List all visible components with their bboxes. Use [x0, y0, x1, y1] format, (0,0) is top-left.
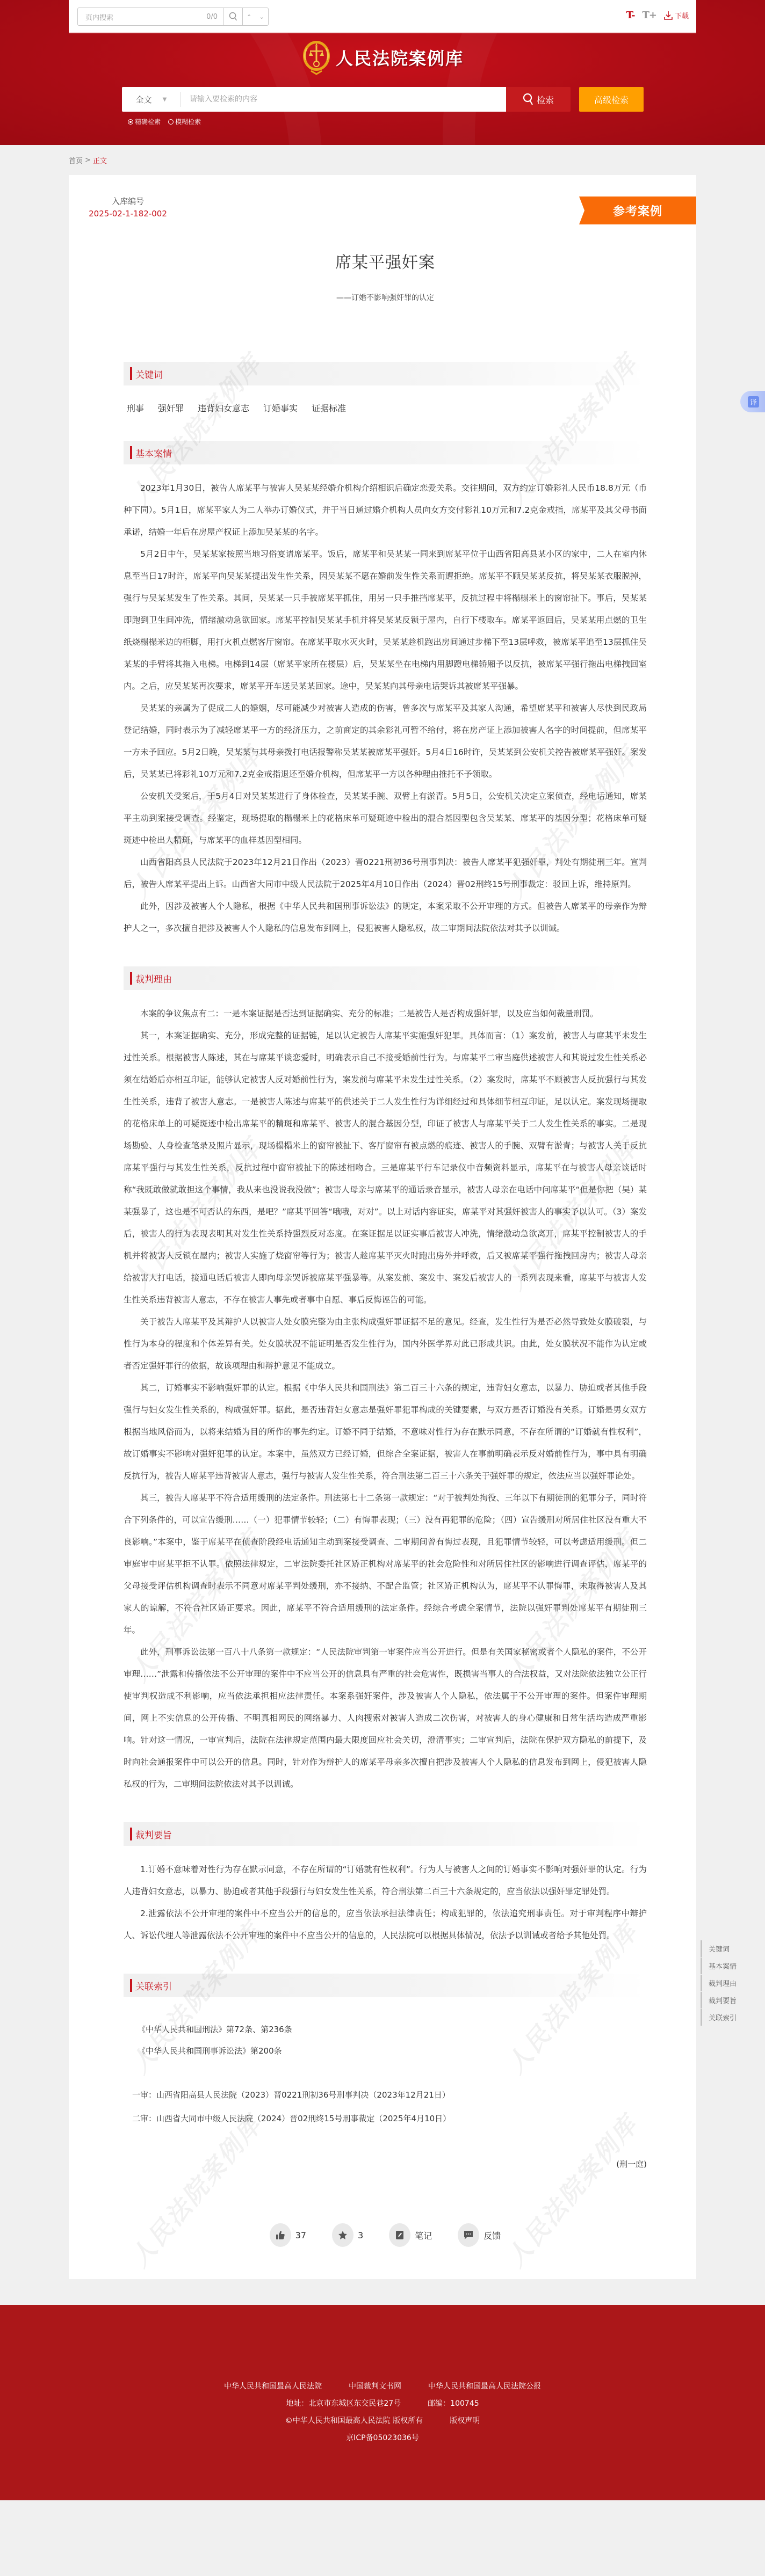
site-footer: 中华人民共和国最高人民法院 中国裁判文书网 中华人民共和国最高人民法院公报 地址… — [0, 2305, 765, 2500]
comment-icon — [464, 2230, 473, 2240]
sidenav-facts[interactable]: 基本案情 — [701, 1958, 765, 1974]
keyword-tag: 违背妇女意志 — [198, 402, 249, 414]
footer-link-gazette[interactable]: 中华人民共和国最高人民法院公报 — [428, 2378, 541, 2395]
like-count: 37 — [295, 2230, 306, 2240]
case-number-label: 入库编号 — [69, 195, 187, 207]
department: (刑一庭) — [124, 2158, 647, 2170]
footer-address: 地址：北京市东城区东交民巷27号 — [286, 2395, 401, 2412]
paragraph: 其三，被告人席某平不符合适用缓刑的法定条件。刑法第七十二条第一款规定：“对于被判… — [124, 1487, 647, 1641]
footer-copyright: ©中华人民共和国最高人民法院 版权所有 — [285, 2412, 423, 2429]
watermark: 人民法院案例库 — [497, 2107, 645, 2274]
keyword-tag: 订婚事实 — [263, 402, 298, 414]
case-title: 席某平强奸案 — [124, 249, 647, 273]
action-bar: 37 3 笔记 反馈 — [124, 2223, 647, 2247]
advanced-search-button[interactable]: 高级检索 — [579, 87, 644, 112]
in-page-search-input[interactable]: 页内搜索 — [78, 12, 198, 22]
translate-button[interactable]: 译 — [740, 391, 765, 412]
chevron-up-icon[interactable]: ⌃ — [247, 13, 251, 20]
search-button[interactable]: 检索 — [506, 87, 571, 112]
note-edit-icon — [395, 2230, 404, 2240]
thumbs-up-icon — [276, 2230, 285, 2240]
download-button[interactable]: 下载 — [664, 10, 689, 20]
font-decrease-button[interactable]: T- — [626, 10, 635, 21]
section-heading-keywords: 关键词 — [124, 362, 647, 385]
search-field: 全文 ▼ — [122, 87, 506, 112]
footer-contact: 地址：北京市东城区东交民巷27号 邮编：100745 — [286, 2395, 479, 2412]
in-page-search-button[interactable] — [223, 8, 242, 25]
search-scope-value: 全文 — [136, 94, 152, 105]
download-icon — [664, 11, 673, 20]
search-button-label: 检索 — [537, 93, 554, 106]
trial-reference: 一审：山西省阳高县人民法院（2023）晋0221刑初36号刑事判决（2023年1… — [132, 2083, 647, 2107]
breadcrumb-separator: > — [85, 156, 91, 164]
breadcrumb-home[interactable]: 首页 — [69, 155, 83, 165]
footer-copyright-row: ©中华人民共和国最高人民法院 版权所有 版权声明 — [285, 2412, 480, 2429]
footer-icp-row: 京ICP备05023036号 — [346, 2429, 419, 2447]
gist-body: 1.订婚不意味着对性行为存在默示同意，不存在所谓的“订婚就有性权利”。行为人与被… — [124, 1846, 647, 1947]
reader-toolbar: 页内搜索 0/0 ⌃ ⌄ T- T+ 下载 — [69, 0, 696, 33]
search-scope-select[interactable]: 全文 ▼ — [122, 92, 181, 107]
font-increase-button[interactable]: T+ — [643, 10, 656, 21]
note-label: 笔记 — [415, 2229, 432, 2242]
court-emblem-icon — [301, 39, 331, 76]
site-header: 页内搜索 0/0 ⌃ ⌄ T- T+ 下载 — [0, 0, 765, 145]
search-mode-group: 精确检索 模糊检索 — [128, 117, 201, 126]
watermark: 人民法院案例库 — [121, 2107, 269, 2274]
paragraph: 其二，订婚事实不影响强奸罪的认定。根据《中华人民共和国刑法》第二百三十六条的规定… — [124, 1377, 647, 1487]
sidenav-gist[interactable]: 裁判要旨 — [701, 1992, 765, 2009]
footer-link-supreme-court[interactable]: 中华人民共和国最高人民法院 — [224, 2378, 322, 2395]
paragraph: 吴某某的亲属为了促成二人的婚姻，尽可能减少对被害人造成的伤害，曾多次与席某平及其… — [124, 697, 647, 785]
search-icon — [523, 93, 533, 106]
case-subtitle: ——订婚不影响强奸罪的认定 — [124, 292, 647, 303]
download-label: 下载 — [675, 10, 689, 20]
match-count: 0/0 — [198, 13, 223, 21]
law-references: 《中华人民共和国刑法》第72条、第236条 《中华人民共和国刑事诉讼法》第200… — [124, 1997, 647, 2062]
feedback-label: 反馈 — [483, 2229, 501, 2242]
section-heading-reasoning: 裁判理由 — [124, 966, 647, 990]
law-reference: 《中华人民共和国刑法》第72条、第236条 — [138, 2019, 647, 2040]
brand: 人民法院案例库 — [0, 39, 765, 76]
search-input[interactable] — [181, 87, 506, 112]
trial-reference: 二审：山西省大同市中级人民法院（2024）晋02刑终15号刑事裁定（2025年4… — [132, 2107, 647, 2130]
trial-references: 一审：山西省阳高县人民法院（2023）晋0221刑初36号刑事判决（2023年1… — [124, 2062, 647, 2130]
breadcrumb-current: 正文 — [93, 155, 107, 165]
search-icon — [229, 12, 237, 21]
paragraph: 2.泄露依法不公开审理的案件中不应当公开的信息的，应当依法承担法律责任；构成犯罪… — [124, 1903, 647, 1947]
category-badge: 参考案例 — [579, 197, 696, 224]
paragraph: 本案的争议焦点有二：一是本案证据是否达到证据确实、充分的标准；二是被告人是否构成… — [124, 1003, 647, 1025]
footer-copyright-notice[interactable]: 版权声明 — [450, 2412, 480, 2429]
mode-exact[interactable]: 精确检索 — [128, 117, 161, 126]
keyword-tag: 证据标准 — [312, 402, 346, 414]
case-number-value: 2025-02-1-182-002 — [69, 209, 187, 219]
keyword-tag: 刑事 — [127, 402, 144, 414]
law-reference: 《中华人民共和国刑事诉讼法》第200条 — [138, 2040, 647, 2062]
note-button[interactable]: 笔记 — [389, 2223, 432, 2247]
mode-fuzzy[interactable]: 模糊检索 — [168, 117, 201, 126]
sidenav-reasoning[interactable]: 裁判理由 — [701, 1975, 765, 1991]
footer-link-judgments[interactable]: 中国裁判文书网 — [349, 2378, 401, 2395]
reasoning-body: 本案的争议焦点有二：一是本案证据是否达到证据确实、充分的标准；二是被告人是否构成… — [124, 990, 647, 1795]
reader-tools: T- T+ 下载 — [626, 10, 689, 21]
title-block: 席某平强奸案 ——订婚不影响强奸罪的认定 — [124, 175, 647, 303]
favorite-count: 3 — [358, 2230, 363, 2240]
star-icon — [338, 2230, 348, 2240]
footer-links: 中华人民共和国最高人民法院 中国裁判文书网 中华人民共和国最高人民法院公报 — [224, 2378, 541, 2395]
match-navigation: ⌃ ⌄ — [242, 8, 268, 25]
radio-selected[interactable] — [128, 119, 133, 125]
mode-exact-label: 精确检索 — [135, 117, 161, 126]
keyword-list: 刑事 强奸罪 违背妇女意志 订婚事实 证据标准 — [124, 385, 647, 414]
sidenav-references[interactable]: 关联索引 — [701, 2009, 765, 2026]
paragraph: 公安机关受案后，于5月4日对吴某某进行了身体检查，吴某某手腕、双臂上有淤青。5月… — [124, 785, 647, 852]
paragraph: 5月2日中午，吴某某家按照当地习俗宴请席某平。饭后，席某平和吴某某一同来到席某平… — [124, 543, 647, 697]
mode-fuzzy-label: 模糊检索 — [175, 117, 201, 126]
breadcrumb: 首页 > 正文 — [69, 145, 696, 175]
sidenav-keywords[interactable]: 关键词 — [701, 1940, 765, 1957]
site-title: 人民法院案例库 — [336, 45, 464, 70]
paragraph: 关于被告人席某平及其辩护人以被害人处女膜完整为由主张构成强奸罪证据不足的意见。经… — [124, 1311, 647, 1377]
translate-icon: 译 — [748, 396, 759, 407]
paragraph: 其一，本案证据确实、充分，形成完整的证据链，足以认定被告人席某平实施强奸犯罪。具… — [124, 1025, 647, 1311]
paragraph: 1.订婚不意味着对性行为存在默示同意，不存在所谓的“订婚就有性权利”。行为人与被… — [124, 1859, 647, 1903]
favorite-button[interactable]: 3 — [332, 2223, 363, 2247]
chevron-down-icon[interactable]: ⌄ — [259, 13, 264, 20]
section-navigator: 关键词 基本案情 裁判理由 裁判要旨 关联索引 — [701, 1940, 765, 2026]
like-button[interactable]: 37 — [270, 2223, 306, 2247]
paragraph: 山西省阳高县人民法院于2023年12月21日作出（2023）晋0221刑初36号… — [124, 852, 647, 896]
section-heading-gist: 裁判要旨 — [124, 1822, 647, 1846]
in-page-search: 页内搜索 0/0 ⌃ ⌄ — [77, 8, 269, 26]
footer-postcode: 邮编：100745 — [428, 2395, 479, 2412]
section-heading-references: 关联索引 — [124, 1974, 647, 1997]
caret-down-icon: ▼ — [163, 97, 167, 103]
section-heading-facts: 基本案情 — [124, 441, 647, 464]
case-number: 入库编号 2025-02-1-182-002 — [69, 195, 187, 219]
keyword-tag: 强奸罪 — [158, 402, 184, 414]
paragraph: 此外，因涉及被害人个人隐私，根据《中华人民共和国刑事诉讼法》的规定，本案采取不公… — [124, 896, 647, 940]
paragraph: 2023年1月30日，被告人席某平与被害人吴某某经婚介机构介绍相识后确定恋爱关系… — [124, 477, 647, 543]
site-search: 全文 ▼ 检索 高级检索 — [122, 87, 644, 112]
footer-icp[interactable]: 京ICP备05023036号 — [346, 2429, 419, 2447]
feedback-button[interactable]: 反馈 — [458, 2223, 501, 2247]
case-document: 人民法院案例库 人民法院案例库 人民法院案例库 人民法院案例库 人民法院案例库 … — [69, 175, 696, 2279]
facts-body: 2023年1月30日，被告人席某平与被害人吴某某经婚介机构介绍相识后确定恋爱关系… — [124, 464, 647, 940]
radio-unselected[interactable] — [168, 119, 174, 125]
paragraph: 此外，刑事诉讼法第一百八十八条第一款规定：“人民法院审判第一审案件应当公开进行。… — [124, 1641, 647, 1795]
